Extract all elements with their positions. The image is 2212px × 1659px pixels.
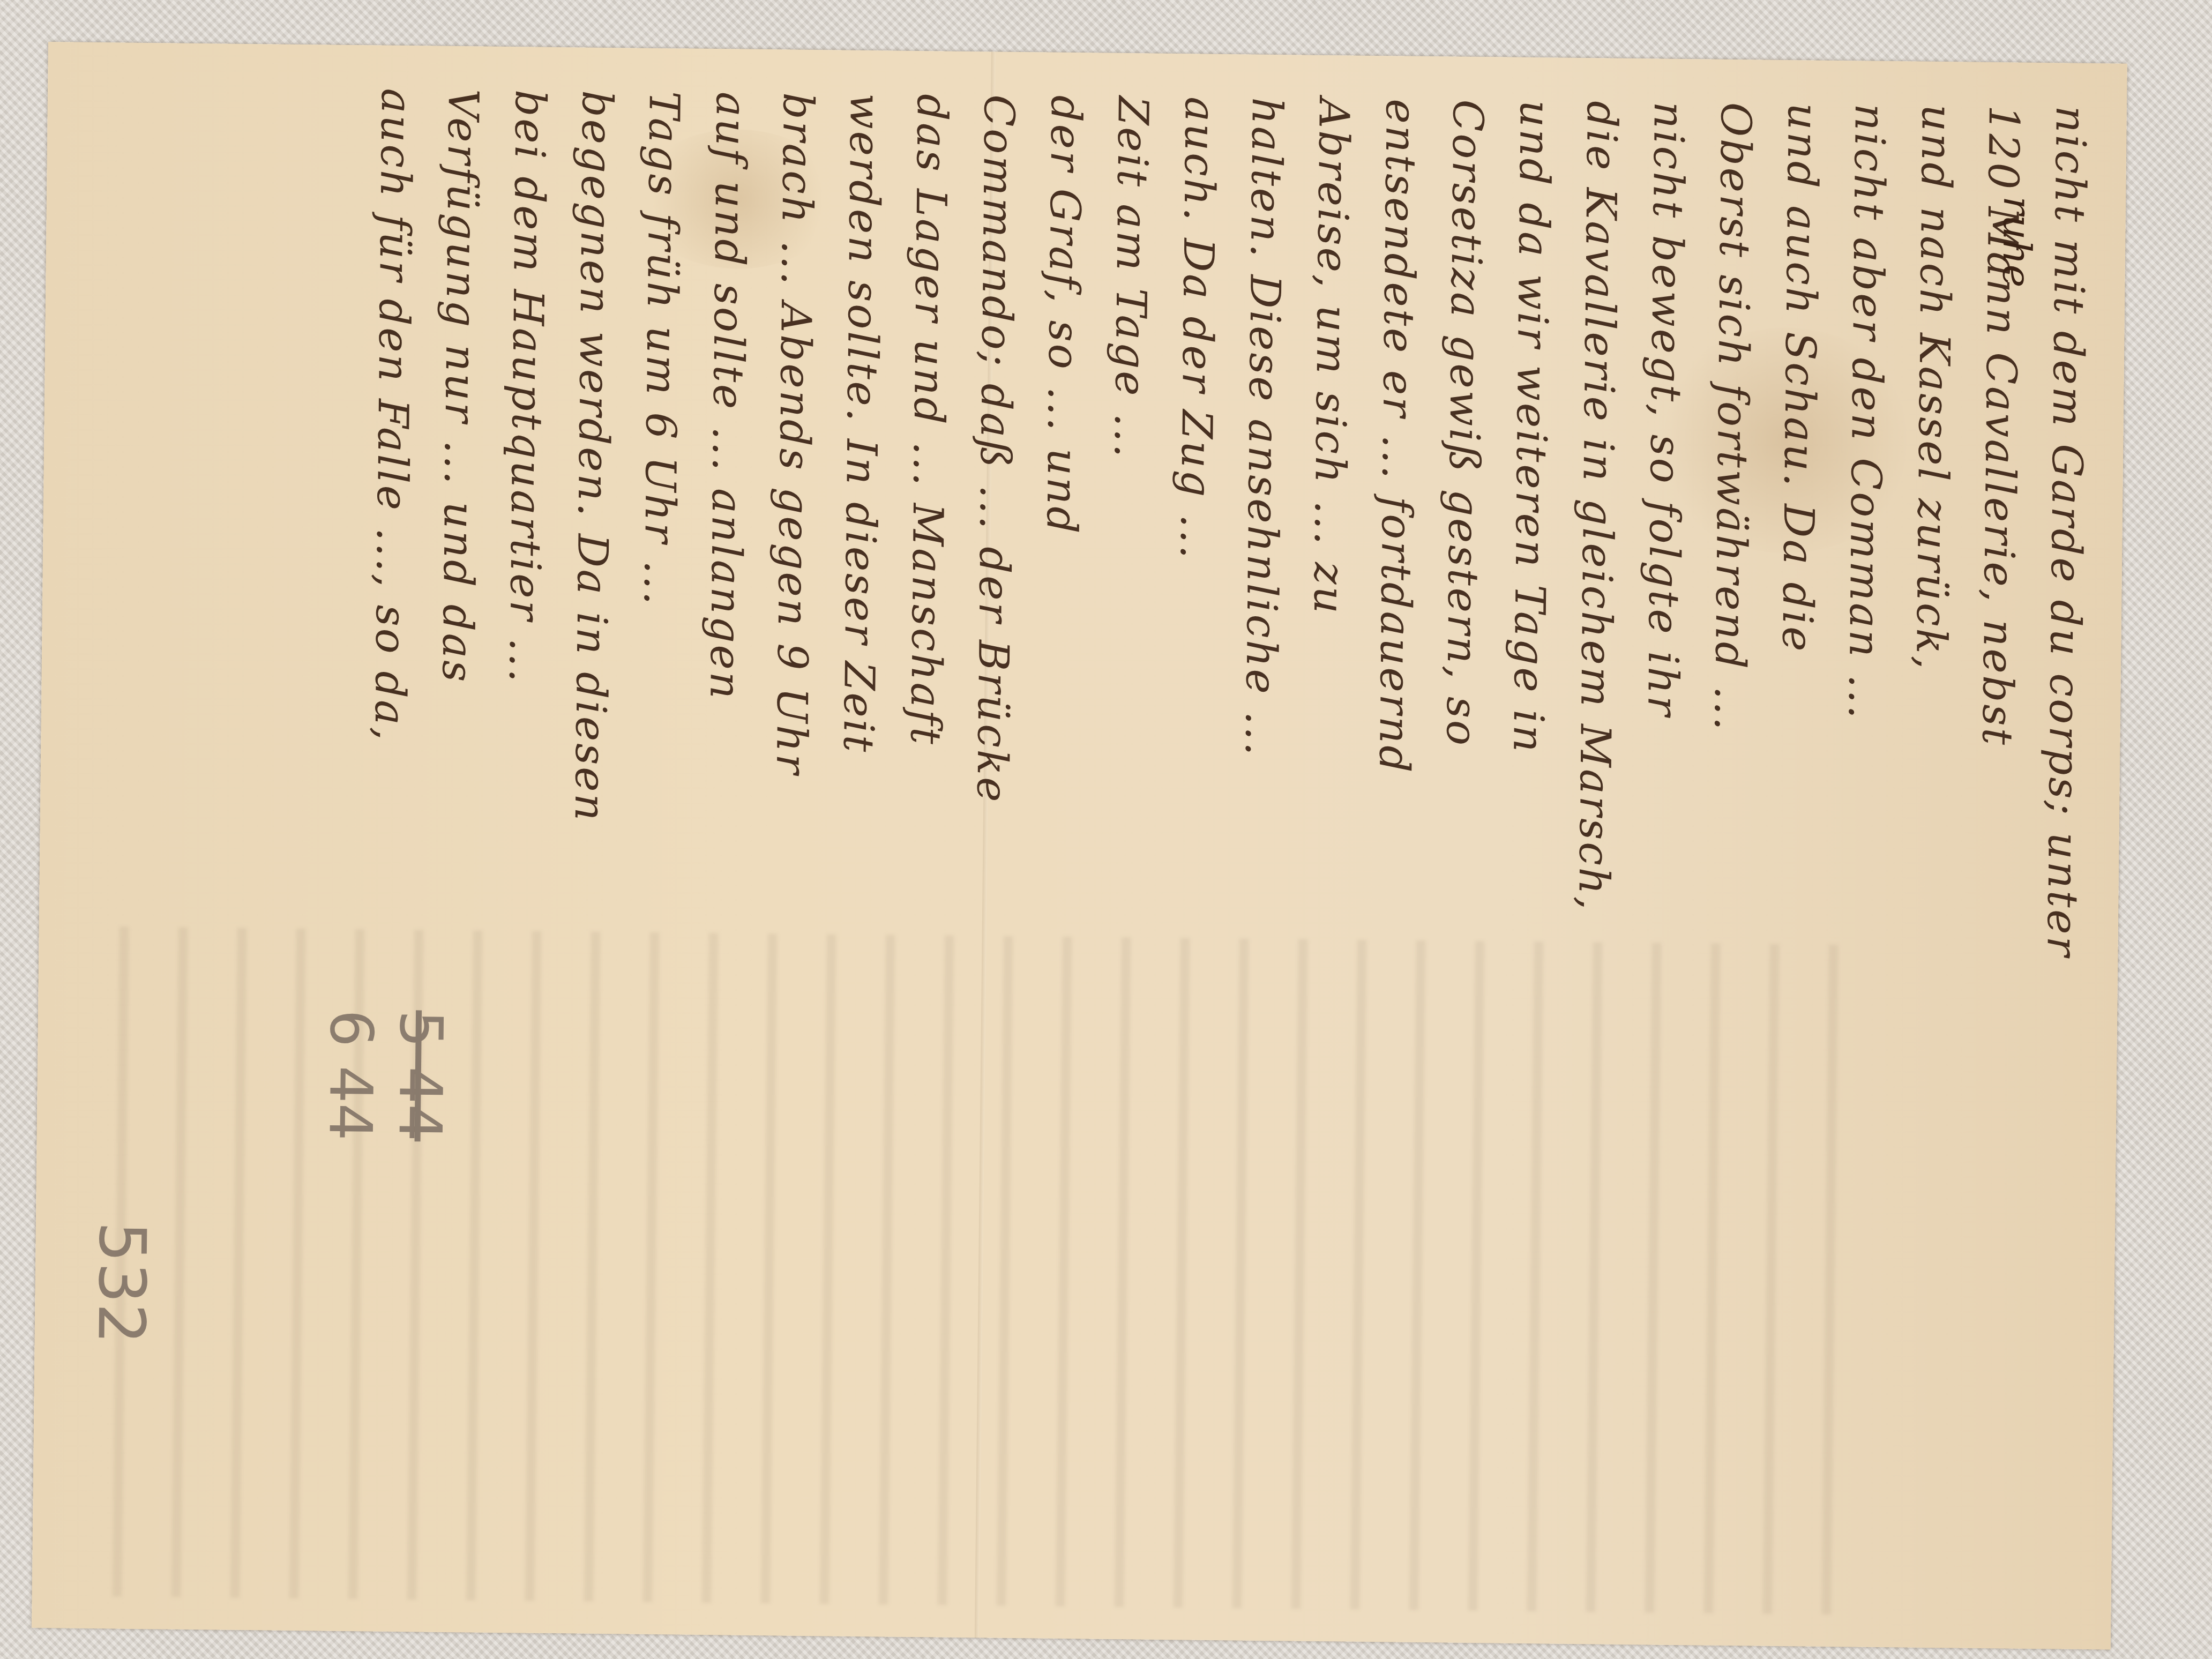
text-line: das Lager und ... Manschaft xyxy=(885,93,956,746)
letter-page: 532 5 44 6 44 nicht mit dem Garde du cor… xyxy=(32,42,2127,1649)
text-line: Commando; daß ... der Brücke xyxy=(951,94,1023,804)
text-line: die Kavallerie in gleichem Marsch, xyxy=(1553,101,1626,913)
text-line: brach ... Abends gegen 9 Uhr xyxy=(751,92,822,776)
text-line: auch. Da der Zug ... xyxy=(1155,96,1224,561)
text-line: nicht bewegt, so folgte ihr xyxy=(1622,101,1693,719)
text-line: werden sollte. In dieser Zeit xyxy=(818,93,889,754)
text-line: und nach Kassel zurück, xyxy=(1890,104,1961,671)
text-line: Tags früh um 6 Uhr ... xyxy=(618,91,688,607)
text-line: und auch Schau. Da die xyxy=(1757,103,1827,654)
text-line: der Graf, so ... und xyxy=(1021,95,1090,536)
text-line: Zeit am Tage ... xyxy=(1089,95,1157,460)
text-line: Verfügung nur ... und das xyxy=(416,88,487,684)
folio-number: 532 xyxy=(84,1221,159,1344)
text-line: nicht aber den Comman ... xyxy=(1823,103,1894,721)
text-line: auf und sollte ... anlangen xyxy=(684,92,755,701)
text-line: halten. Diese ansehnliche ... xyxy=(1220,97,1291,758)
text-line: Corsetiza gewiß gestern, so xyxy=(1421,99,1492,748)
text-line: Oberst sich fortwährend ... xyxy=(1689,102,1760,733)
text-line: auch für den Falle ..., so da, xyxy=(349,88,420,743)
catchword: ruhe xyxy=(1994,196,2040,288)
text-line: und da wir weiteren Tage in xyxy=(1488,100,1559,754)
handwritten-text: nicht mit dem Garde du corps; unter 120 … xyxy=(183,86,2095,1553)
text-line: begegnen werden. Da in diesen xyxy=(549,90,621,823)
text-line: Abreise, um sich ... zu xyxy=(1288,98,1358,616)
text-line: entsendete er ... fortdauernd xyxy=(1354,99,1425,775)
text-line: bei dem Hauptquartier ... xyxy=(483,89,554,685)
